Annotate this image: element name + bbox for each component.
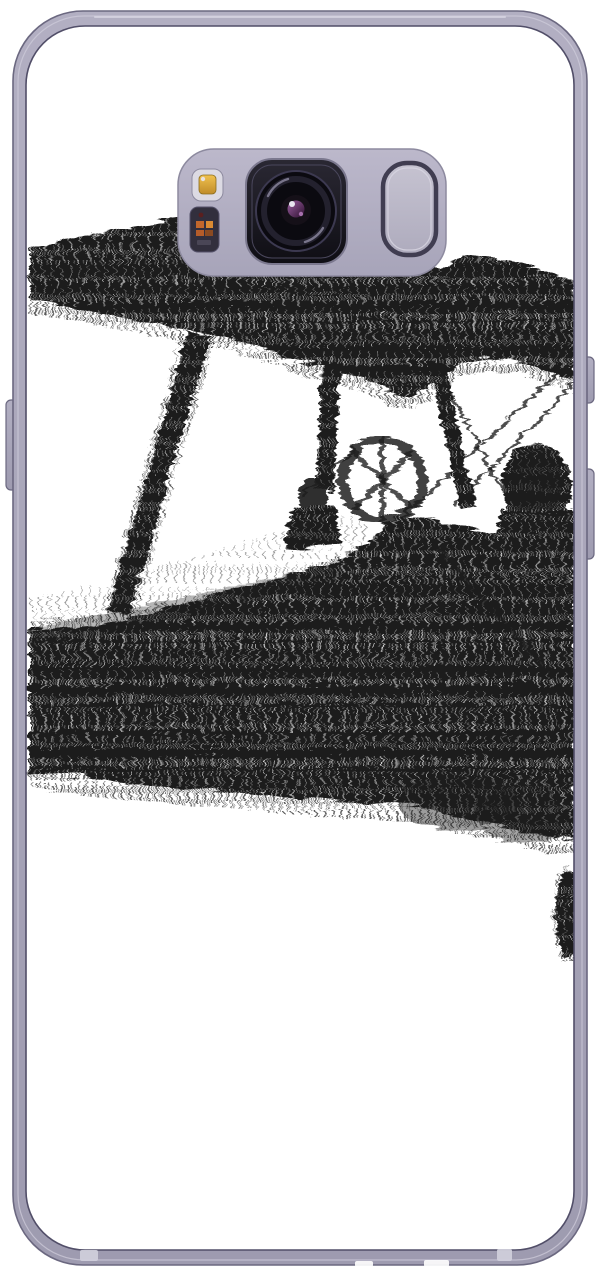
phone-case-photo: Clear flexible phone case for Samsung Ga… [0,0,600,1276]
camera-module: Rear camera module cutout LED flash Hear… [178,149,446,276]
fingerprint-sensor: Fingerprint sensor [383,163,436,255]
phone-case-image: Clear flexible phone case for Samsung Ga… [0,0,600,1276]
lower-dark-blob-b [475,782,565,842]
camera-lens-assembly: Main camera lens [246,159,347,264]
flash-led: LED flash [192,169,223,201]
heart-rate-sensor: Heart-rate sensor [190,207,219,252]
